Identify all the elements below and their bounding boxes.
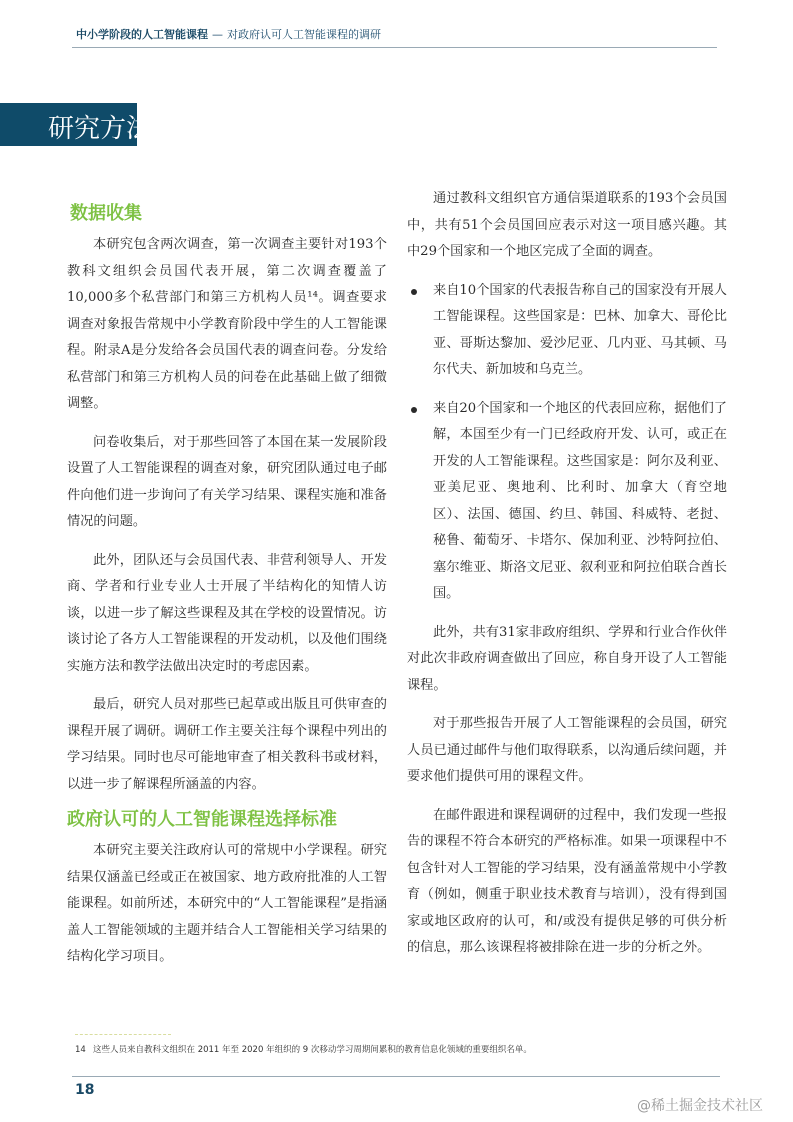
left-column: 数据收集 本研究包含两次调查，第一次调查主要针对193个教科文组织会员国代表开展…	[67, 196, 387, 983]
footnote-text: 这些人员来自教科文组织在 2011 年至 2020 年组织的 9 次移动学习周期…	[93, 1045, 532, 1055]
bullet-text: 来自10个国家的代表报告称自己的国家没有开展人工智能课程。这些国家是：巴林、加拿…	[433, 283, 727, 378]
paragraph: 本研究包含两次调查，第一次调查主要针对193个教科文组织会员国代表开展，第二次调…	[67, 232, 387, 418]
right-column: 通过教科文组织官方通信渠道联系的193个会员国中，共有51个会员国回应表示对这一…	[407, 186, 727, 974]
paragraph: 通过教科文组织官方通信渠道联系的193个会员国中，共有51个会员国回应表示对这一…	[407, 186, 727, 266]
footnote-divider	[75, 1034, 171, 1035]
chapter-title-block: 研究方法	[0, 103, 137, 146]
header-separator: —	[212, 28, 223, 41]
paragraph: 问卷收集后，对于那些回答了本国在某一发展阶段设置了人工智能课程的调查对象，研究团…	[67, 430, 387, 536]
header-divider	[72, 47, 717, 48]
paragraph: 最后，研究人员对那些已起草或出版且可供审查的课程开展了调研。调研工作主要关注每个…	[67, 692, 387, 798]
paragraph: 此外，团队还与会员国代表、非营利领导人、开发商、学者和行业专业人士开展了半结构化…	[67, 548, 387, 681]
header-title: 中小学阶段的人工智能课程	[76, 28, 208, 41]
paragraph: 在邮件跟进和课程调研的过程中，我们发现一些报告的课程不符合本研究的严格标准。如果…	[407, 803, 727, 962]
paragraph: 对于那些报告开展了人工智能课程的会员国，研究人员已通过邮件与他们取得联系，以沟通…	[407, 711, 727, 791]
footnote-number: 14	[75, 1045, 93, 1055]
page-number: 18	[75, 1082, 94, 1098]
running-header: 中小学阶段的人工智能课程—对政府认可人工智能课程的调研	[76, 26, 381, 42]
bullet-icon	[411, 289, 417, 295]
section-title-data-collection: 数据收集	[70, 196, 387, 232]
footnote: 14这些人员来自教科文组织在 2011 年至 2020 年组织的 9 次移动学习…	[75, 1043, 532, 1055]
paragraph: 本研究主要关注政府认可的常规中小学课程。研究结果仅涵盖已经或正在被国家、地方政府…	[67, 838, 387, 971]
footer-divider	[72, 1076, 720, 1077]
section-title-selection-criteria: 政府认可的人工智能课程选择标准	[67, 802, 387, 838]
header-subtitle: 对政府认可人工智能课程的调研	[227, 28, 381, 41]
bullet-item: 来自10个国家的代表报告称自己的国家没有开展人工智能课程。这些国家是：巴林、加拿…	[407, 278, 727, 384]
chapter-title: 研究方法	[48, 108, 152, 145]
bullet-item: 来自20个国家和一个地区的代表回应称，据他们了解，本国至少有一门已经政府开发、认…	[407, 396, 727, 608]
watermark: @稀土掘金技术社区	[637, 1095, 763, 1115]
bullet-text: 来自20个国家和一个地区的代表回应称，据他们了解，本国至少有一门已经政府开发、认…	[433, 401, 727, 602]
bullet-list: 来自10个国家的代表报告称自己的国家没有开展人工智能课程。这些国家是：巴林、加拿…	[407, 278, 727, 608]
bullet-icon	[411, 407, 417, 413]
paragraph: 此外，共有31家非政府组织、学界和行业合作伙伴对此次非政府调查做出了回应，称自身…	[407, 620, 727, 700]
